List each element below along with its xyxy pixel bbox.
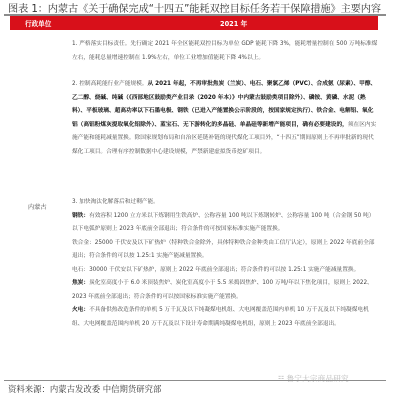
item-2-text: 2. 控制高耗能行业产能规模。从 2021 年起，不再审批焦炭（兰炭）、电石、聚…	[72, 78, 378, 159]
header-unit: 行政单位	[25, 18, 51, 28]
watermark-text: 鲁宁大宗商品研究	[286, 374, 348, 383]
watermark: ☷鲁宁大宗商品研究	[278, 373, 349, 384]
sub-item-calcium-carbide-label: 电石：	[72, 267, 89, 273]
sub-item-thermal-power: 火电：不具备供热改造条件的单机 5 万千瓦及以下纯凝煤电机组、大电网覆盖范围内单…	[72, 304, 378, 331]
sub-item-steel-label: 钢铁：	[72, 213, 89, 219]
sub-item-ferroalloy-label: 铁合金：	[72, 240, 95, 246]
table-header: 行政单位 2021 年	[10, 16, 378, 30]
item-2: 2. 控制高耗能行业产能规模。从 2021 年起，不再审批焦炭（兰炭）、电石、聚…	[72, 78, 378, 159]
item-1-text: 1. 严格落实目标责任。先行确定 2021 年全区能耗双控目标为单位 GDP 能…	[72, 38, 378, 65]
sub-item-calcium-carbide: 电石：30000 千伏安以下矿热炉，原则上 2022 年底前全部退出；符合条件的…	[72, 264, 378, 278]
sub-item-thermal-power-label: 火电：	[72, 307, 89, 313]
source-note: 资料来源：内蒙古发改委 中信期货研究部	[8, 383, 161, 395]
bottom-divider	[4, 380, 386, 381]
sub-item-coke-text: 炭化室高度小于 6.0 米顶装焦炉、炭化室高度小于 5.5 米捣固焦炉、100 …	[72, 280, 373, 300]
sub-item-ferroalloy: 铁合金：25000 千伏安及以下矿热炉（特种铁合金除外，具体特种铁合金种类由工信…	[72, 237, 378, 264]
sub-item-ferroalloy-text: 25000 千伏安及以下矿热炉（特种铁合金除外，具体特种铁合金种类由工信厅认定）…	[72, 240, 374, 260]
sub-item-calcium-carbide-text: 30000 千伏安以下矿热炉，原则上 2022 年底前全部退出；符合条件的可以按…	[89, 267, 359, 273]
item-3: 3. 加快淘汰化解落后和过剩产能。 钢铁：有效容积 1200 立方米以下炼钢用生…	[72, 196, 378, 331]
sub-item-thermal-power-text: 不具备供热改造条件的单机 5 万千瓦及以下纯凝煤电机组、大电网覆盖范围内单机 1…	[72, 307, 369, 327]
sub-item-steel: 钢铁：有效容积 1200 立方米以下炼钢用生铁高炉、公称容量 100 吨以下炼钢…	[72, 210, 378, 237]
sub-item-coke: 焦炭：炭化室高度小于 6.0 米顶装焦炉、炭化室高度小于 5.5 米捣固焦炉、1…	[72, 277, 378, 304]
sub-item-steel-text: 有效容积 1200 立方米以下炼钢用生铁高炉、公称容量 100 吨以下炼钢转炉、…	[72, 213, 374, 233]
wechat-icon: ☷	[278, 375, 284, 383]
header-year: 2021 年	[220, 18, 247, 28]
item-1: 1. 严格落实目标责任。先行确定 2021 年全区能耗双控目标为单位 GDP 能…	[72, 38, 378, 65]
item-2-prefix: 2. 控制高耗能行业产能规模。	[72, 81, 147, 87]
sub-item-coke-label: 焦炭：	[72, 280, 89, 286]
admin-unit-label: 内蒙古	[28, 202, 47, 211]
item-3-text: 3. 加快淘汰化解落后和过剩产能。	[72, 196, 378, 210]
item-2-bold: 从 2021 年起，不再审批焦炭（兰炭）、电石、聚氯乙烯（PVC）、合成氨（尿素…	[72, 81, 376, 128]
